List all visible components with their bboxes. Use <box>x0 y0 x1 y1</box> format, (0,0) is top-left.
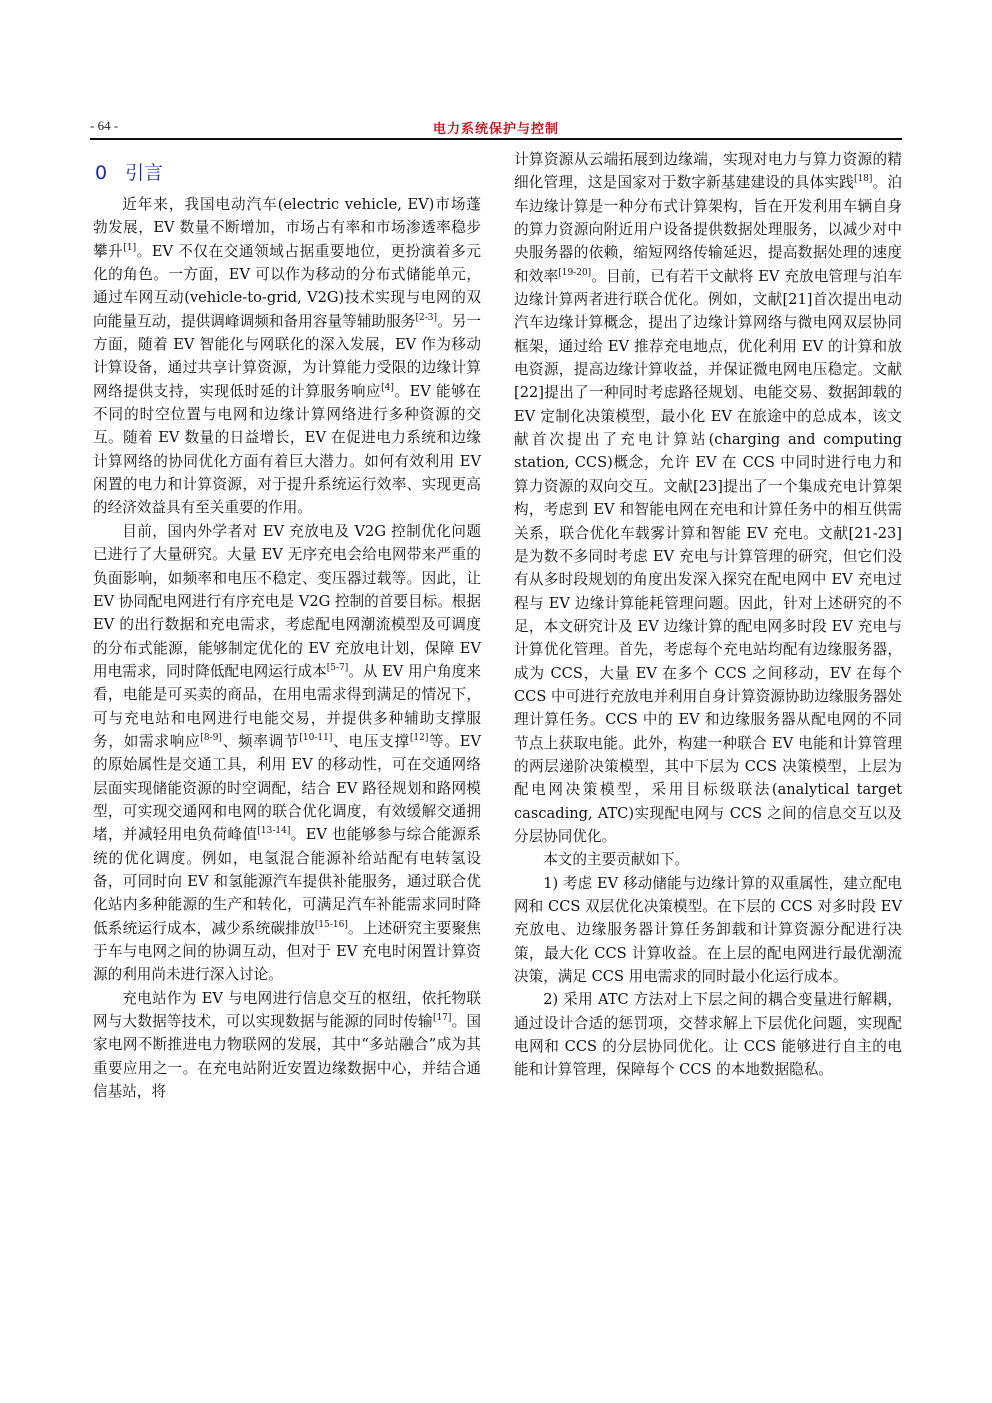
paragraph: 本文的主要贡献如下。 <box>514 848 902 871</box>
journal-title: 电力系统保护与控制 <box>90 118 902 137</box>
citation-ref: [8-9] <box>200 733 222 743</box>
citation-ref: [5-7] <box>327 663 349 673</box>
paragraph-text: 、电压支撑 <box>332 733 409 750</box>
citation-ref: [13-14] <box>257 826 290 836</box>
citation-ref: [4] <box>381 383 394 393</box>
citation-ref: [17] <box>433 1013 451 1023</box>
citation-ref: [1] <box>123 243 136 253</box>
citation-ref: [15-16] <box>315 920 348 930</box>
paragraph: 2) 采用 ATC 方法对上下层之间的耦合变量进行解耦，通过设计合适的惩罚项，交… <box>514 988 902 1081</box>
paragraph: 计算资源从云端拓展到边缘端，实现对电力与算力资源的精细化管理，这是国家对于数字新… <box>514 148 902 848</box>
citation-ref: [18] <box>854 174 872 184</box>
paragraph-text: 目前，国内外学者对 EV 充放电及 V2G 控制优化问题已进行了大量研究。大量 … <box>93 523 481 680</box>
section-title: 引言 <box>125 162 163 184</box>
paragraph-text: 本文的主要贡献如下。 <box>543 851 689 868</box>
citation-ref: [2-3] <box>415 313 437 323</box>
paragraph: 近年来，我国电动汽车(electric vehicle, EV)市场蓬勃发展，E… <box>93 193 481 520</box>
page-header: - 64 - 电力系统保护与控制 <box>90 118 902 138</box>
right-column: 计算资源从云端拓展到边缘端，实现对电力与算力资源的精细化管理，这是国家对于数字新… <box>514 148 902 1082</box>
left-column: 0引言 近年来，我国电动汽车(electric vehicle, EV)市场蓬勃… <box>93 148 481 1103</box>
right-paragraphs: 计算资源从云端拓展到边缘端，实现对电力与算力资源的精细化管理，这是国家对于数字新… <box>514 148 902 1082</box>
paragraph-text: 2) 采用 ATC 方法对上下层之间的耦合变量进行解耦，通过设计合适的惩罚项，交… <box>514 991 902 1078</box>
citation-ref: [19-20] <box>558 268 591 278</box>
citation-ref: [12] <box>410 733 428 743</box>
paragraph-text: 。EV 能够在不同的时空位置与电网和边缘计算网络进行多种资源的交互。随着 EV … <box>93 383 481 517</box>
paragraph-text: 。目前，已有若干文献将 EV 充放电管理与泊车边缘计算两者进行联合优化。例如，文… <box>514 268 902 845</box>
paragraph-text: 计算资源从云端拓展到边缘端，实现对电力与算力资源的精细化管理，这是国家对于数字新… <box>514 151 902 191</box>
paragraph-text: 充电站作为 EV 与电网进行信息交互的枢纽，依托物联网与大数据等技术，可以实现数… <box>93 990 481 1030</box>
paragraph-text: 、频率调节 <box>222 733 299 750</box>
paragraph: 目前，国内外学者对 EV 充放电及 V2G 控制优化问题已进行了大量研究。大量 … <box>93 520 481 987</box>
left-paragraphs: 近年来，我国电动汽车(electric vehicle, EV)市场蓬勃发展，E… <box>93 193 481 1103</box>
paragraph: 1) 考虑 EV 移动储能与边缘计算的双重属性，建立配电网和 CCS 双层优化决… <box>514 872 902 989</box>
paragraph-text: 1) 考虑 EV 移动储能与边缘计算的双重属性，建立配电网和 CCS 双层优化决… <box>514 875 902 985</box>
paragraph: 充电站作为 EV 与电网进行信息交互的枢纽，依托物联网与大数据等技术，可以实现数… <box>93 987 481 1104</box>
citation-ref: [10-11] <box>299 733 332 743</box>
header-rule <box>90 138 902 140</box>
section-number: 0 <box>95 162 107 184</box>
section-heading: 0引言 <box>95 161 481 185</box>
